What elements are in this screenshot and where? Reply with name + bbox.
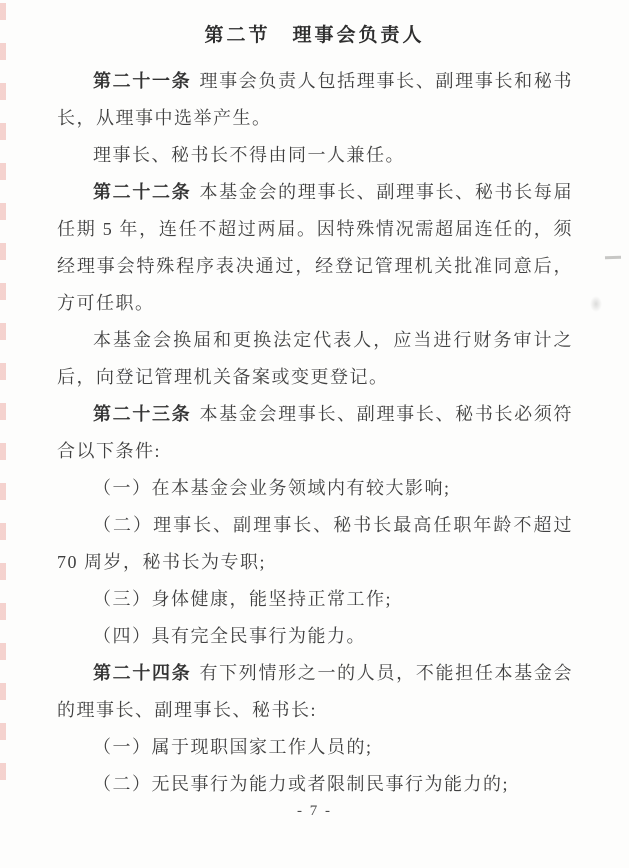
article-number: 第二十四条	[93, 663, 191, 683]
section-title: 第二节 理事会负责人	[0, 20, 629, 47]
paragraph: 第二十一条理事会负责人包括理事长、副理事长和秘书长，从理事中选举产生。	[57, 63, 573, 137]
paragraph: 第二十二条本基金会的理事长、副理事长、秘书长每届任期 5 年，连任不超过两届。因…	[57, 174, 573, 322]
paragraph-text: （四）具有完全民事行为能力。	[93, 626, 366, 646]
page-number: - 7 -	[0, 803, 629, 820]
paragraph: 理事长、秘书长不得由同一人兼任。	[57, 137, 573, 174]
paragraph-text: （三）身体健康，能坚持正常工作;	[93, 589, 392, 609]
paragraph: 第二十四条有下列情形之一的人员，不能担任本基金会的理事长、副理事长、秘书长:	[57, 655, 573, 729]
document-body: 第二十一条理事会负责人包括理事长、副理事长和秘书长，从理事中选举产生。理事长、秘…	[57, 63, 573, 803]
scan-artifact-right-dash	[605, 256, 621, 260]
paragraph: （一）属于现职国家工作人员的;	[57, 729, 573, 766]
paragraph-text: 理事长、秘书长不得由同一人兼任。	[93, 145, 405, 165]
article-number: 第二十二条	[93, 182, 191, 202]
paragraph: 第二十三条本基金会理事长、副理事长、秘书长必须符合以下条件:	[57, 396, 573, 470]
paragraph-text: （一）在本基金会业务领域内有较大影响;	[93, 478, 451, 498]
paragraph: （四）具有完全民事行为能力。	[57, 618, 573, 655]
scan-artifact-left-edge	[0, 3, 6, 799]
article-number: 第二十一条	[93, 71, 191, 91]
paragraph: （一）在本基金会业务领域内有较大影响;	[57, 470, 573, 507]
paragraph: （三）身体健康，能坚持正常工作;	[57, 581, 573, 618]
paragraph: （二）理事长、副理事长、秘书长最高任职年龄不超过 70 周岁，秘书长为专职;	[57, 507, 573, 581]
article-number: 第二十三条	[93, 404, 191, 424]
document-page: 第二节 理事会负责人 第二十一条理事会负责人包括理事长、副理事长和秘书长，从理事…	[0, 0, 629, 868]
paragraph-text: （一）属于现职国家工作人员的;	[93, 737, 373, 757]
paragraph-text: 本基金会换届和更换法定代表人，应当进行财务审计之后，向登记管理机关备案或变更登记…	[57, 330, 573, 387]
paragraph: （二）无民事行为能力或者限制民事行为能力的;	[57, 766, 573, 803]
paragraph-text: （二）理事长、副理事长、秘书长最高任职年龄不超过 70 周岁，秘书长为专职;	[57, 515, 573, 572]
scan-artifact-right-smudge	[590, 296, 602, 312]
paragraph-text: （二）无民事行为能力或者限制民事行为能力的;	[93, 774, 509, 794]
paragraph: 本基金会换届和更换法定代表人，应当进行财务审计之后，向登记管理机关备案或变更登记…	[57, 322, 573, 396]
